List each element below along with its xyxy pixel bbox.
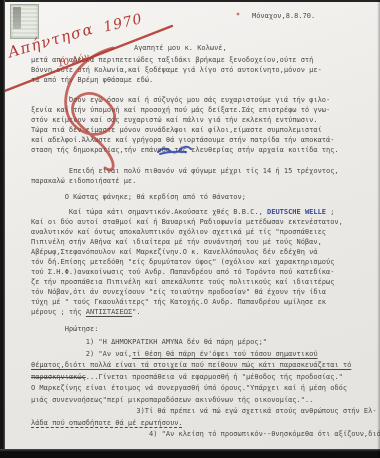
typed-line: Ο Μαρκεζίνης είναι έτοιμος νά συνεργασθή… [31, 383, 377, 395]
typed-line: 4) "Αν κλείση τό προσωπικόν--θνησκόμεθα … [31, 429, 377, 441]
typed-line: μέρους ; τής ΑΝΤΙΣΤΑΣΕΩΣ". [31, 307, 377, 317]
typed-segment: θέματος,διότι πολλά είναι τά στοιχεία πο… [31, 361, 351, 369]
typed-segment: τύχη μέ " τούς Γκαουλάιτερς" τής Κατοχής… [31, 298, 326, 306]
typed-line: Βόννη,ούτε στή Κολωνία,καί ξοδέψαμε γιά … [31, 65, 377, 75]
typed-segment: Ηρώτησε: [31, 325, 98, 333]
typed-line: σταση τής δημοκρατίας,τήν επάνοδο τής ελ… [31, 145, 377, 155]
typed-line: τόν Νόβαν,ότι άν συνεχίσουν "είς τοιαύτη… [31, 287, 377, 297]
typed-line: Όσον εγώ όσον καί ή σύζυγός μου σάς ευχα… [31, 95, 377, 105]
date-line: Μόναχον,8.8.70. [252, 12, 315, 20]
typed-segment: τά από τήν Βρέμη φθάσαμε εδώ. [31, 76, 153, 84]
salutation: Αγαπητέ μου κ. Κολωνέ, [134, 44, 227, 52]
paragraph: Επειδή είναι πολύ πιθανόν νά φύγωμε μέχρ… [31, 166, 377, 186]
typed-line: Καί οι δύο αυτοί σταθμοί καί ή Βαυαρική … [31, 217, 377, 227]
typed-segment: μιάς συνεννοήσεως"περί μικροπαραδόσεων α… [31, 396, 313, 404]
typed-segment: 4) "Αν κλείση τό προσωπικόν--θνησκόμεθα … [31, 430, 380, 438]
typed-line: τόν δή.Επίσης μετεδόθη "είς δρυμύτατον ύ… [31, 257, 377, 267]
typed-segment: Καί τώρα κάτι σημαντικόν.Ακούσατε χθές Β… [31, 208, 267, 216]
typed-segment: παρασκηνιακώς [31, 373, 86, 381]
typed-segment: Αβέρωφ,Στεφανόπουλον καί Μαρκεζίνην.Ο κ.… [31, 248, 318, 256]
typed-segment: σταση τής δημοκρατίας,τήν επάνοδο τής ελ… [31, 146, 339, 154]
typed-line: παρασκηνιακώς...Γίνεται προσπάθεια νά εφ… [31, 372, 377, 384]
typed-line: λάδα πού οπωσδήποτε θά μέ ερωτήσουν. [31, 418, 377, 430]
typed-segment: ; [326, 208, 334, 216]
typed-line: τά από τήν Βρέμη φθάσαμε εδώ. [31, 75, 377, 85]
typed-line: 1) "Η ΔΗΜΟΚΡΑΤΙΚΗ ΑΜΥΝΑ δέν θά πάρη μέρο… [31, 337, 377, 349]
typed-line: θέματος,διότι πολλά είναι τά στοιχεία πο… [31, 360, 377, 372]
typed-line: Ο Κώστας φάνηκε; θά κερδίση από τό θάνατ… [31, 192, 377, 202]
red-speck [237, 13, 240, 16]
scan-edge-bottom [0, 449, 380, 458]
typed-line: Ηρώτησε: [31, 324, 377, 334]
typed-segment: ΑΝΤΙΣΤΑΣΕΩΣ [86, 308, 132, 316]
typed-segment: 3)Τί θά πρέπει νά πώ εγώ σχετικά στούς α… [31, 407, 377, 415]
typed-line: στόν κείμενον καί σάς ευχαριστώ καί πάλι… [31, 115, 377, 125]
typed-segment: DEUTSCHE WELLE [267, 208, 326, 216]
typed-segment: στόν κείμενον καί σάς ευχαριστώ καί πάλι… [31, 116, 318, 124]
typed-segment: Βόννη,ούτε στή Κολωνία,καί ξοδέψαμε γιά … [31, 66, 322, 74]
typed-segment: τόν Νόβαν,ότι άν συνεχίσουν "είς τοιαύτη… [31, 288, 326, 296]
typed-line: 2) "Αν ναί,τί θέση θά πάρη έν'όψει τού τ… [31, 349, 377, 361]
paragraph: Ηρώτησε: [31, 324, 377, 334]
typed-segment: Ο Μαρκεζίνης είναι έτοιμος νά συνεργασθή… [31, 384, 347, 392]
typed-segment: 2) "Αν ναί, [31, 350, 132, 358]
typed-segment: παρακαλώ ειδοποιήσατέ με. [31, 177, 136, 185]
typed-line: Καί τώρα κάτι σημαντικόν.Ακούσατε χθές Β… [31, 207, 377, 217]
typed-segment: Πιπινέλη στήν Αθήνα καί ιδιαίτερα μέ τήν… [31, 238, 322, 246]
paragraph: Καί τώρα κάτι σημαντικόν.Ακούσατε χθές Β… [31, 207, 377, 317]
typed-line: Πιπινέλη στήν Αθήνα καί ιδιαίτερα μέ τήν… [31, 237, 377, 247]
typed-line: ζε τήν προσπάθεια Πιπινέλη καί απεκάλυπτ… [31, 277, 377, 287]
typed-segment: ...Γίνεται προσπάθεια νά εφαρμοσθή ή "μέ… [86, 373, 343, 381]
typed-segment: τού Σ.Η.Φ.)ανακοίνωσις τού Ανδρ. Παπανδρ… [31, 268, 334, 276]
red-note-year: 1970 [102, 11, 144, 36]
typed-segment: ξενία καί τήν ύπομονή καί προσοχή πού μά… [31, 106, 330, 114]
typed-line: τού Σ.Η.Φ.)ανακοίνωσις τού Ανδρ. Παπανδρ… [31, 267, 377, 277]
typed-segment: αναλυτικόν καί όντως αποκαλυπτικόν σχόλι… [31, 228, 326, 236]
paragraph: Ο Κώστας φάνηκε; θά κερδίση από τό θάνατ… [31, 192, 377, 202]
postage-stamp [10, 4, 39, 39]
typed-segment: τόν δή.Επίσης μετεδόθη "είς δρυμύτατον ύ… [31, 258, 334, 266]
typed-segment: Καί οι δύο αυτοί σταθμοί καί ή Βαυαρική … [31, 218, 343, 226]
typed-body: μετά από αρκετά περιπετειώδες ταξιδάκι β… [31, 55, 377, 441]
scan-edge-top [0, 0, 380, 2]
typed-segment: μέρους ; τής [31, 308, 86, 316]
typed-line: αναλυτικόν καί όντως αποκαλυπτικόν σχόλι… [31, 227, 377, 237]
typed-line: καί αδελφοί.Άλλωστε καί γρήγορα θά γιορτ… [31, 135, 377, 145]
typed-segment: Ο Κώστας φάνηκε; θά κερδίση από τό θάνατ… [31, 193, 246, 201]
typed-segment: ". [132, 308, 140, 316]
typed-line: 3)Τί θά πρέπει νά πώ εγώ σχετικά στούς α… [31, 406, 377, 418]
typed-line: Επειδή είναι πολύ πιθανόν νά φύγωμε μέχρ… [31, 166, 377, 176]
typed-segment: Επειδή είναι πολύ πιθανόν νά φύγωμε μέχρ… [31, 167, 339, 175]
typed-segment: ζε τήν προσπάθεια Πιπινέλη καί απεκάλυπτ… [31, 278, 334, 286]
paragraph: Όσον εγώ όσον καί ή σύζυγός μου σάς ευχα… [31, 95, 377, 155]
letter-page: Απήντησα 10 Αύγ. 1970 Μόναχον,8.8.70. Αγ… [0, 0, 380, 458]
typed-segment: Όσον εγώ όσον καί ή σύζυγός μου σάς ευχα… [31, 96, 330, 104]
typed-line: τύχη μέ " τούς Γκαουλάιτερς" τής Κατοχής… [31, 297, 377, 307]
typed-line: Αβέρωφ,Στεφανόπουλον καί Μαρκεζίνην.Ο κ.… [31, 247, 377, 257]
typed-line: μιάς συνεννοήσεως"περί μικροπαραδόσεων α… [31, 395, 377, 407]
typed-line: ξενία καί τήν ύπομονή καί προσοχή πού μά… [31, 105, 377, 115]
typed-segment: Τώρα πιά δέν είμαστε μόνον συνάδελφοι κα… [31, 126, 322, 134]
typed-segment: τί θέση θά πάρη έν'όψει τού τόσου σημαντ… [132, 350, 317, 358]
typed-line: παρακαλώ ειδοποιήσατέ με. [31, 176, 377, 186]
stamp-figure [13, 7, 21, 29]
typed-segment: καί αδελφοί.Άλλωστε καί γρήγορα θά γιορτ… [31, 136, 334, 144]
typed-segment: 1) "Η ΔΗΜΟΚΡΑΤΙΚΗ ΑΜΥΝΑ δέν θά πάρη μέρο… [31, 338, 267, 346]
scan-edge-left [0, 0, 5, 458]
typed-line: Τώρα πιά δέν είμαστε μόνον συνάδελφοι κα… [31, 125, 377, 135]
paragraph: 1) "Η ΔΗΜΟΚΡΑΤΙΚΗ ΑΜΥΝΑ δέν θά πάρη μέρο… [31, 337, 377, 441]
typed-segment: λάδα πού οπωσδήποτε θά μέ ερωτήσουν. [31, 419, 183, 427]
